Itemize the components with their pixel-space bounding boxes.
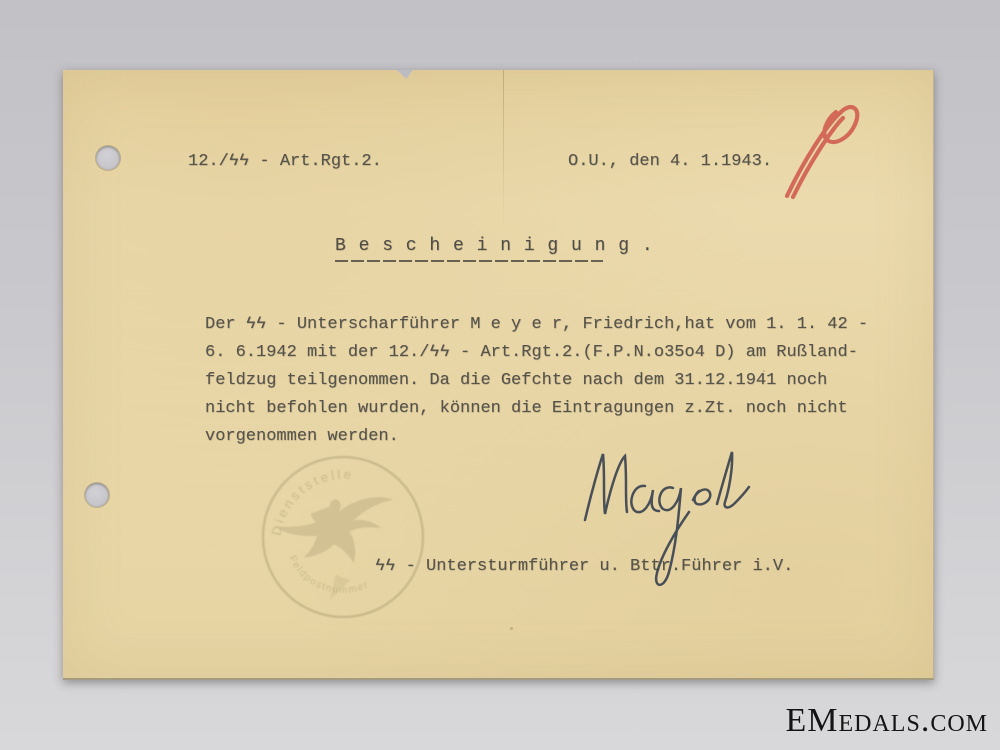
body-line: Der ϟϟ - Unterscharführer M e y e r, Fri… — [205, 311, 868, 339]
body-line: feldzug teilgenommen. Da die Gefchte nac… — [205, 367, 827, 395]
punch-hole-top — [96, 146, 120, 170]
svg-text:Feldpostnummer: Feldpostnummer — [286, 540, 372, 607]
body-line: 6. 6.1942 mit der 12./ϟϟ - Art.Rgt.2.(F.… — [205, 339, 858, 367]
title-underline — [335, 260, 603, 262]
paper-edge-notch — [397, 70, 413, 79]
fold-crease — [503, 70, 504, 235]
document-title: B e s c h e i n i g u n g . — [335, 236, 654, 256]
body-line: nicht befohlen wurden, können die Eintra… — [205, 395, 848, 423]
document-title-block: B e s c h e i n i g u n g . — [335, 236, 654, 262]
unit-designation-line: 12./ϟϟ - Art.Rgt.2. — [188, 148, 382, 176]
stamp-bottom-arc-text: Feldpostnummer — [286, 540, 372, 607]
red-pencil-mark — [775, 100, 875, 210]
signature-handwritten-nagel — [575, 442, 753, 607]
ink-stamp-eagle: Dienststelle Feldpostnummer — [253, 442, 433, 632]
punch-hole-bottom — [85, 483, 109, 507]
place-date-line: O.U., den 4. 1.1943. — [568, 148, 772, 176]
emedals-watermark: EMedals.com — [785, 702, 988, 740]
photo-background: 12./ϟϟ - Art.Rgt.2. O.U., den 4. 1.1943.… — [0, 0, 1000, 750]
paper-speck — [510, 627, 513, 630]
document-page: 12./ϟϟ - Art.Rgt.2. O.U., den 4. 1.1943.… — [63, 70, 934, 680]
